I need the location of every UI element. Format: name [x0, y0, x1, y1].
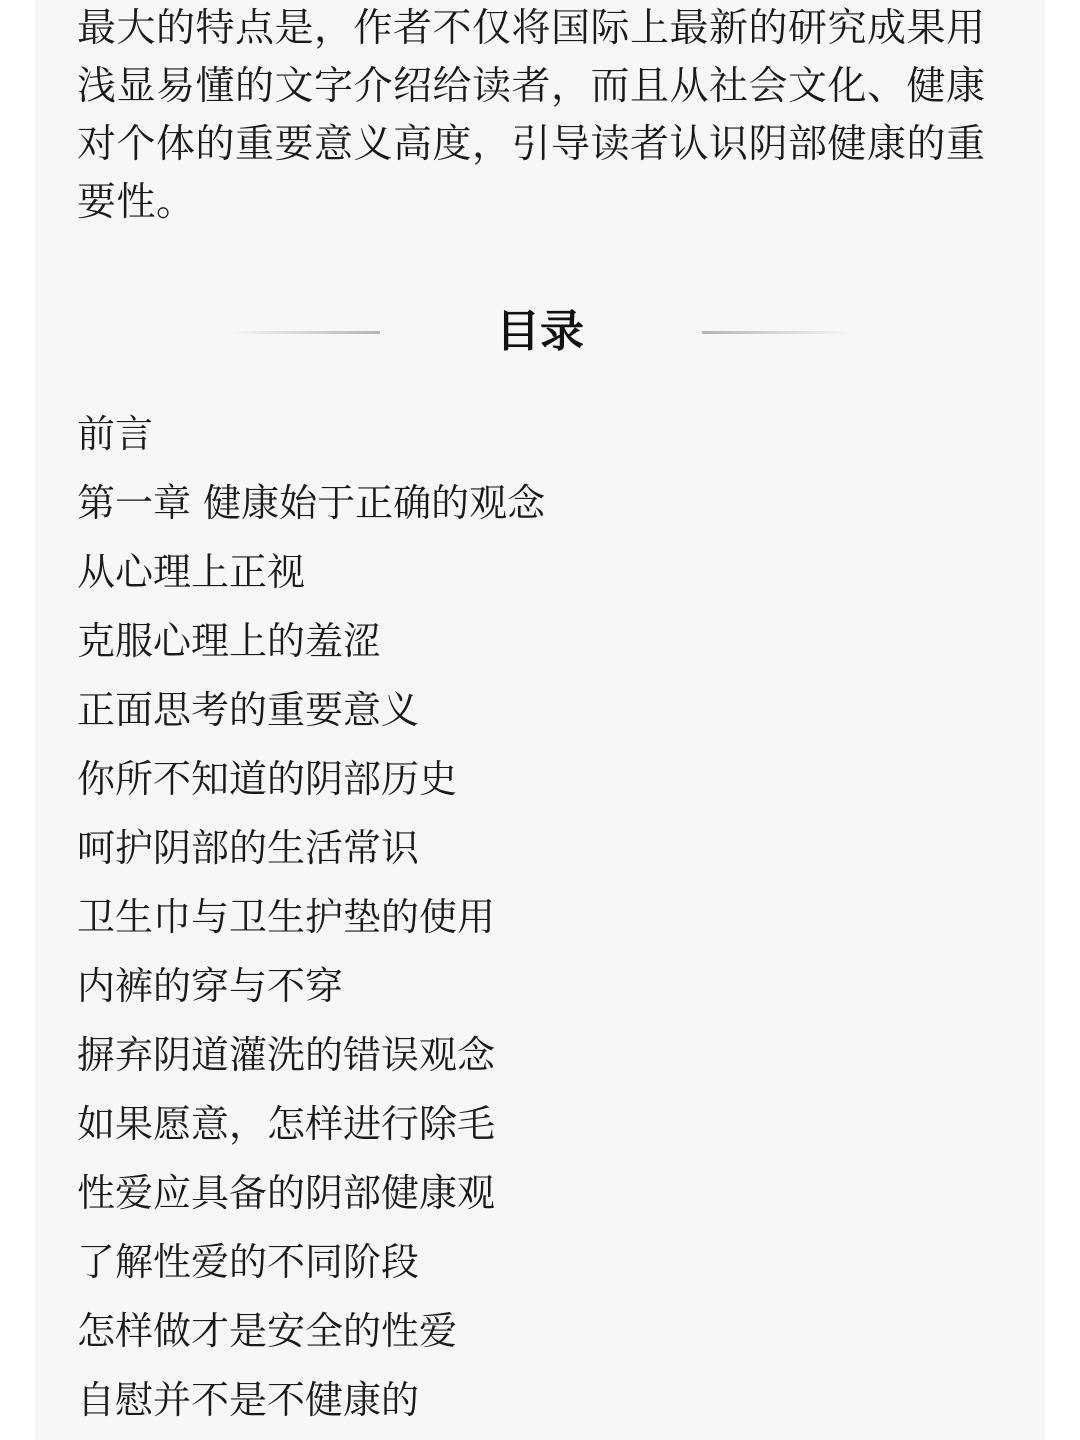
- toc-item-preface[interactable]: 前言: [77, 400, 545, 469]
- toc-item[interactable]: 怎样做才是安全的性爱: [77, 1297, 545, 1366]
- toc-item[interactable]: 呵护阴部的生活常识: [77, 814, 545, 883]
- toc-item[interactable]: 你所不知道的阴部历史: [77, 745, 545, 814]
- divider-right: [702, 331, 852, 334]
- intro-paragraph: 最大的特点是，作者不仅将国际上最新的研究成果用 浅显易懂的文字介绍给读者，而且从…: [77, 0, 1007, 232]
- intro-line: 浅显易懂的文字介绍给读者，而且从社会文化、健康: [77, 58, 1007, 116]
- toc-item[interactable]: 性爱应具备的阴部健康观: [77, 1159, 545, 1228]
- toc-item[interactable]: 卫生巾与卫生护垫的使用: [77, 883, 545, 952]
- toc-title: 目录: [35, 300, 1045, 364]
- toc-header: 目录: [35, 300, 1045, 364]
- toc-item[interactable]: 自慰并不是不健康的: [77, 1366, 545, 1435]
- toc-item[interactable]: 正面思考的重要意义: [77, 676, 545, 745]
- toc-item[interactable]: 如果愿意，怎样进行除毛: [77, 1090, 545, 1159]
- intro-line: 最大的特点是，作者不仅将国际上最新的研究成果用: [77, 0, 1007, 58]
- toc-item[interactable]: 从心理上正视: [77, 538, 545, 607]
- toc-item-chapter-1[interactable]: 第一章 健康始于正确的观念: [77, 469, 545, 538]
- toc-list: 前言 第一章 健康始于正确的观念 从心理上正视 克服心理上的羞涩 正面思考的重要…: [77, 400, 545, 1435]
- toc-item[interactable]: 摒弃阴道灌洗的错误观念: [77, 1021, 545, 1090]
- intro-line: 要性。: [77, 174, 1007, 232]
- toc-item[interactable]: 克服心理上的羞涩: [77, 607, 545, 676]
- content-card: 最大的特点是，作者不仅将国际上最新的研究成果用 浅显易懂的文字介绍给读者，而且从…: [35, 0, 1045, 1440]
- toc-item[interactable]: 了解性爱的不同阶段: [77, 1228, 545, 1297]
- toc-item[interactable]: 内裤的穿与不穿: [77, 952, 545, 1021]
- intro-line: 对个体的重要意义高度，引导读者认识阴部健康的重: [77, 116, 1007, 174]
